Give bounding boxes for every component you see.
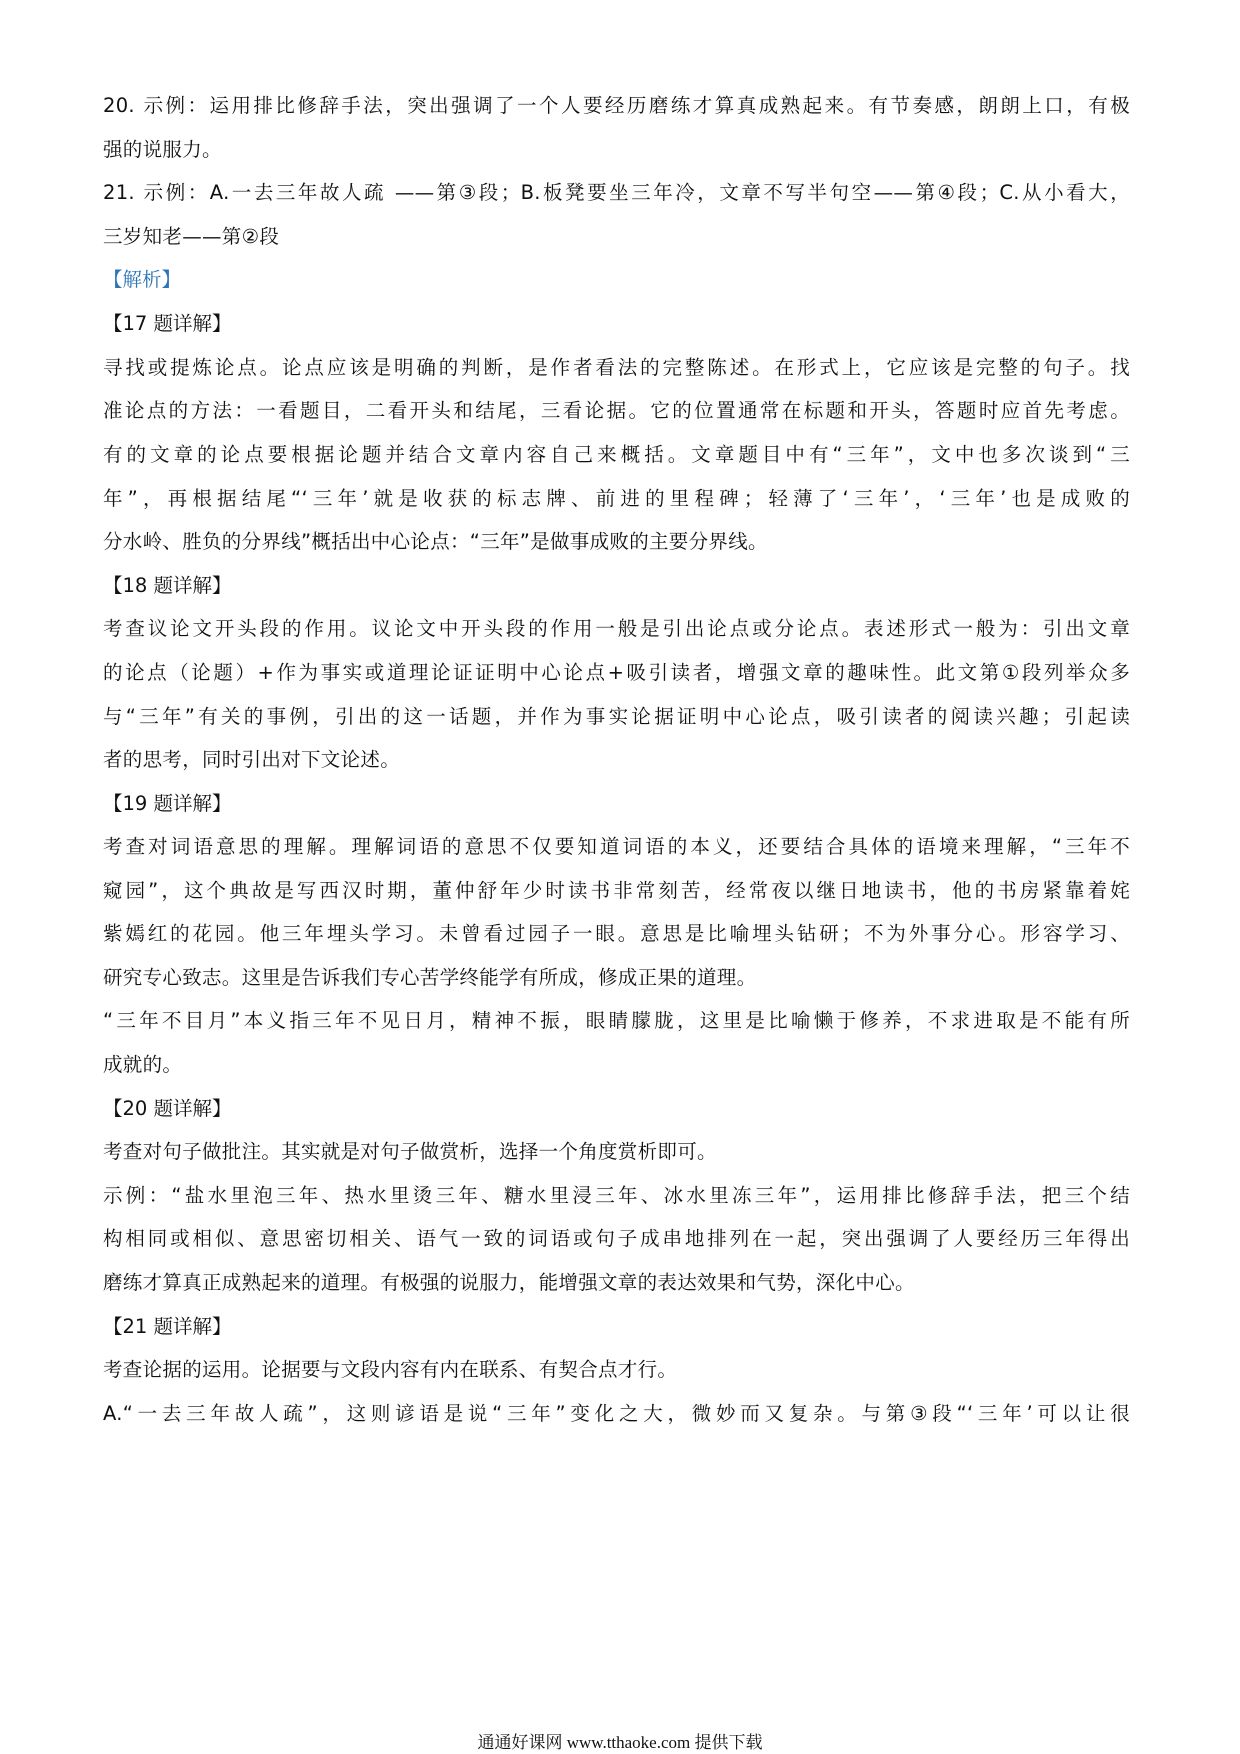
page-footer: 通通好课网 www.tthaoke.com 提供下载 xyxy=(0,1728,1240,1753)
section-18-heading: 【18 题详解】 xyxy=(103,573,232,599)
answer-20-line-1: 20. 示例：运用排比修辞手法，突出强调了一个人要经历磨练才算真成熟起来。有节奏… xyxy=(103,93,1130,119)
answer-20-line-2: 强的说服力。 xyxy=(103,137,222,163)
section-21-heading: 【21 题详解】 xyxy=(103,1314,232,1340)
section-17-line: 寻找或提炼论点。论点应该是明确的判断，是作者看法的完整陈述。在形式上，它应该是完… xyxy=(103,355,1130,381)
section-19-line: 窥园”，这个典故是写西汉时期，董仲舒年少时读书非常刻苦，经常夜以继日地读书，他的… xyxy=(103,878,1130,904)
section-21-line: A.“一去三年故人疏”，这则谚语是说“三年”变化之大，微妙而又复杂。与第③段“‘… xyxy=(103,1401,1130,1427)
section-17-line: 有的文章的论点要根据论题并结合文章内容自己来概括。文章题目中有“三年”，文中也多… xyxy=(103,442,1130,468)
section-21-line: 考查论据的运用。论据要与文段内容有内在联系、有契合点才行。 xyxy=(103,1357,677,1383)
section-18-line: 与“三年”有关的事例，引出的这一话题，并作为事实论据证明中心论点，吸引读者的阅读… xyxy=(103,704,1130,730)
section-19-line: 考查对词语意思的理解。理解词语的意思不仅要知道词语的本义，还要结合具体的语境来理… xyxy=(103,834,1130,860)
section-19-line: 紫嫣红的花园。他三年埋头学习。未曾看过园子一眼。意思是比喻埋头钻研；不为外事分心… xyxy=(103,921,1130,947)
section-18-line: 考查议论文开头段的作用。议论文中开头段的作用一般是引出论点或分论点。表述形式一般… xyxy=(103,616,1130,642)
section-20-line: 示例：“盐水里泡三年、热水里烫三年、糖水里浸三年、冰水里冻三年”，运用排比修辞手… xyxy=(103,1183,1130,1209)
section-18-line: 者的思考，同时引出对下文论述。 xyxy=(103,747,400,773)
section-17-heading: 【17 题详解】 xyxy=(103,311,232,337)
section-17-line: 年”，再根据结尾“‘三年’就是收获的标志牌、前进的里程碑；轻薄了‘三年’，‘三年… xyxy=(103,486,1130,512)
section-19-line: “三年不目月”本义指三年不见日月，精神不振，眼睛朦胧，这里是比喻懒于修养，不求进… xyxy=(103,1008,1130,1034)
section-17-line: 分水岭、胜负的分界线”概括出中心论点：“三年”是做事成败的主要分界线。 xyxy=(103,529,768,555)
section-19-line: 成就的。 xyxy=(103,1052,182,1078)
section-19-line: 研究专心致志。这里是告诉我们专心苦学终能学有所成，修成正果的道理。 xyxy=(103,965,756,991)
section-20-heading: 【20 题详解】 xyxy=(103,1096,232,1122)
section-20-line: 构相同或相似、意思密切相关、语气一致的词语或句子成串地排列在一起，突出强调了人要… xyxy=(103,1226,1130,1252)
section-19-heading: 【19 题详解】 xyxy=(103,791,232,817)
section-20-line: 考查对句子做批注。其实就是对句子做赏析，选择一个角度赏析即可。 xyxy=(103,1139,717,1165)
section-17-line: 准论点的方法：一看题目，二看开头和结尾，三看论据。它的位置通常在标题和开头，答题… xyxy=(103,398,1130,424)
answer-21-line-1: 21. 示例：A.一去三年故人疏 ——第③段；B.板凳要坐三年冷，文章不写半句空… xyxy=(103,180,1130,206)
section-20-line: 磨练才算真正成熟起来的道理。有极强的说服力，能增强文章的表达效果和气势，深化中心… xyxy=(103,1270,915,1296)
answer-21-line-2: 三岁知老——第②段 xyxy=(103,224,279,250)
section-18-line: 的论点（论题）+作为事实或道理论证证明中心论点+吸引读者，增强文章的趣味性。此文… xyxy=(103,660,1130,686)
analysis-label: 【解析】 xyxy=(103,267,181,293)
